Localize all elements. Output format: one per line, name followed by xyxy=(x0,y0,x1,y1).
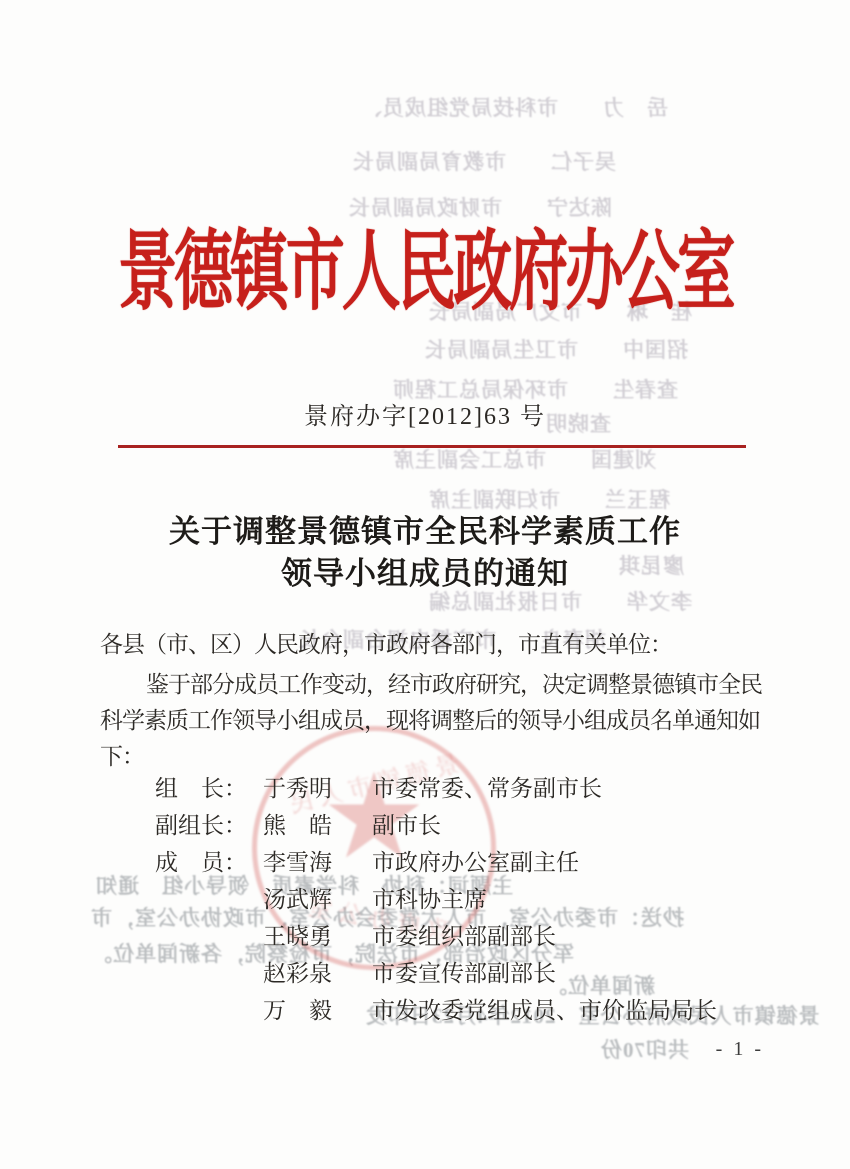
red-header-office-name: 景德镇市人民政府办公室 xyxy=(0,202,850,288)
member-title: 市委宣传部副部长 xyxy=(372,955,556,988)
member-name: 熊 皓 xyxy=(263,807,332,840)
office-name-text: 景德镇市人民政府办公室 xyxy=(118,202,732,328)
member-row: 成 员： 李雪海 市政府办公室副主任 xyxy=(0,844,850,881)
member-name: 汤武辉 xyxy=(263,881,332,914)
member-title: 市政府办公室副主任 xyxy=(372,844,579,877)
member-name: 于秀明 xyxy=(263,770,332,803)
member-title: 市委常委、常务副市长 xyxy=(372,770,602,803)
salutation: 各县（市、区）人民政府，市政府各部门，市直有关单位： xyxy=(100,626,672,659)
red-divider-rule xyxy=(118,445,746,448)
member-role: 组 长： xyxy=(155,770,247,803)
paragraph-line: 鉴于部分成员工作变动，经市政府研究，决定调整景德镇市全民 xyxy=(100,666,762,699)
member-name: 李雪海 xyxy=(263,844,332,877)
document-number: 景府办字[2012]63 号 xyxy=(0,396,850,431)
paragraph-line: 科学素质工作领导小组成员，现将调整后的领导小组成员名单通知如 xyxy=(100,702,760,735)
member-title: 市发改委党组成员、市价监局局长 xyxy=(372,992,717,1025)
member-title: 市委组织部副部长 xyxy=(372,918,556,951)
member-row: 赵彩泉 市委宣传部副部长 xyxy=(0,955,850,992)
member-row: 王晓勇 市委组织部副部长 xyxy=(0,918,850,955)
member-row: 汤武辉 市科协主席 xyxy=(0,881,850,918)
member-list: 组 长： 于秀明 市委常委、常务副市长 副组长： 熊 皓 副市长 成 员： 李雪… xyxy=(0,770,850,1029)
member-role: 副组长： xyxy=(155,807,247,840)
page-number: - 1 - xyxy=(716,1038,764,1061)
paragraph-line: 下： xyxy=(100,738,144,771)
member-name: 赵彩泉 xyxy=(263,955,332,988)
member-title: 市科协主席 xyxy=(372,881,487,914)
member-row: 组 长： 于秀明 市委常委、常务副市长 xyxy=(0,770,850,807)
member-role: 成 员： xyxy=(155,844,247,877)
document-content: 景德镇市人民政府办公室 景府办字[2012]63 号 关于调整景德镇市全民科学素… xyxy=(0,0,850,1169)
member-title: 副市长 xyxy=(372,807,441,840)
member-row: 万 毅 市发改委党组成员、市价监局局长 xyxy=(0,992,850,1029)
scanned-document-page: 岳 力 市科技局党组成员、 吴子仁 市教育局副局长 陈达宁 市财政局副局长 桂 … xyxy=(0,0,850,1169)
member-row: 副组长： 熊 皓 副市长 xyxy=(0,807,850,844)
member-name: 万 毅 xyxy=(263,992,332,1025)
member-name: 王晓勇 xyxy=(263,918,332,951)
document-title-line2: 领导小组成员的通知 xyxy=(0,548,850,593)
document-title-line1: 关于调整景德镇市全民科学素质工作 xyxy=(0,506,850,551)
